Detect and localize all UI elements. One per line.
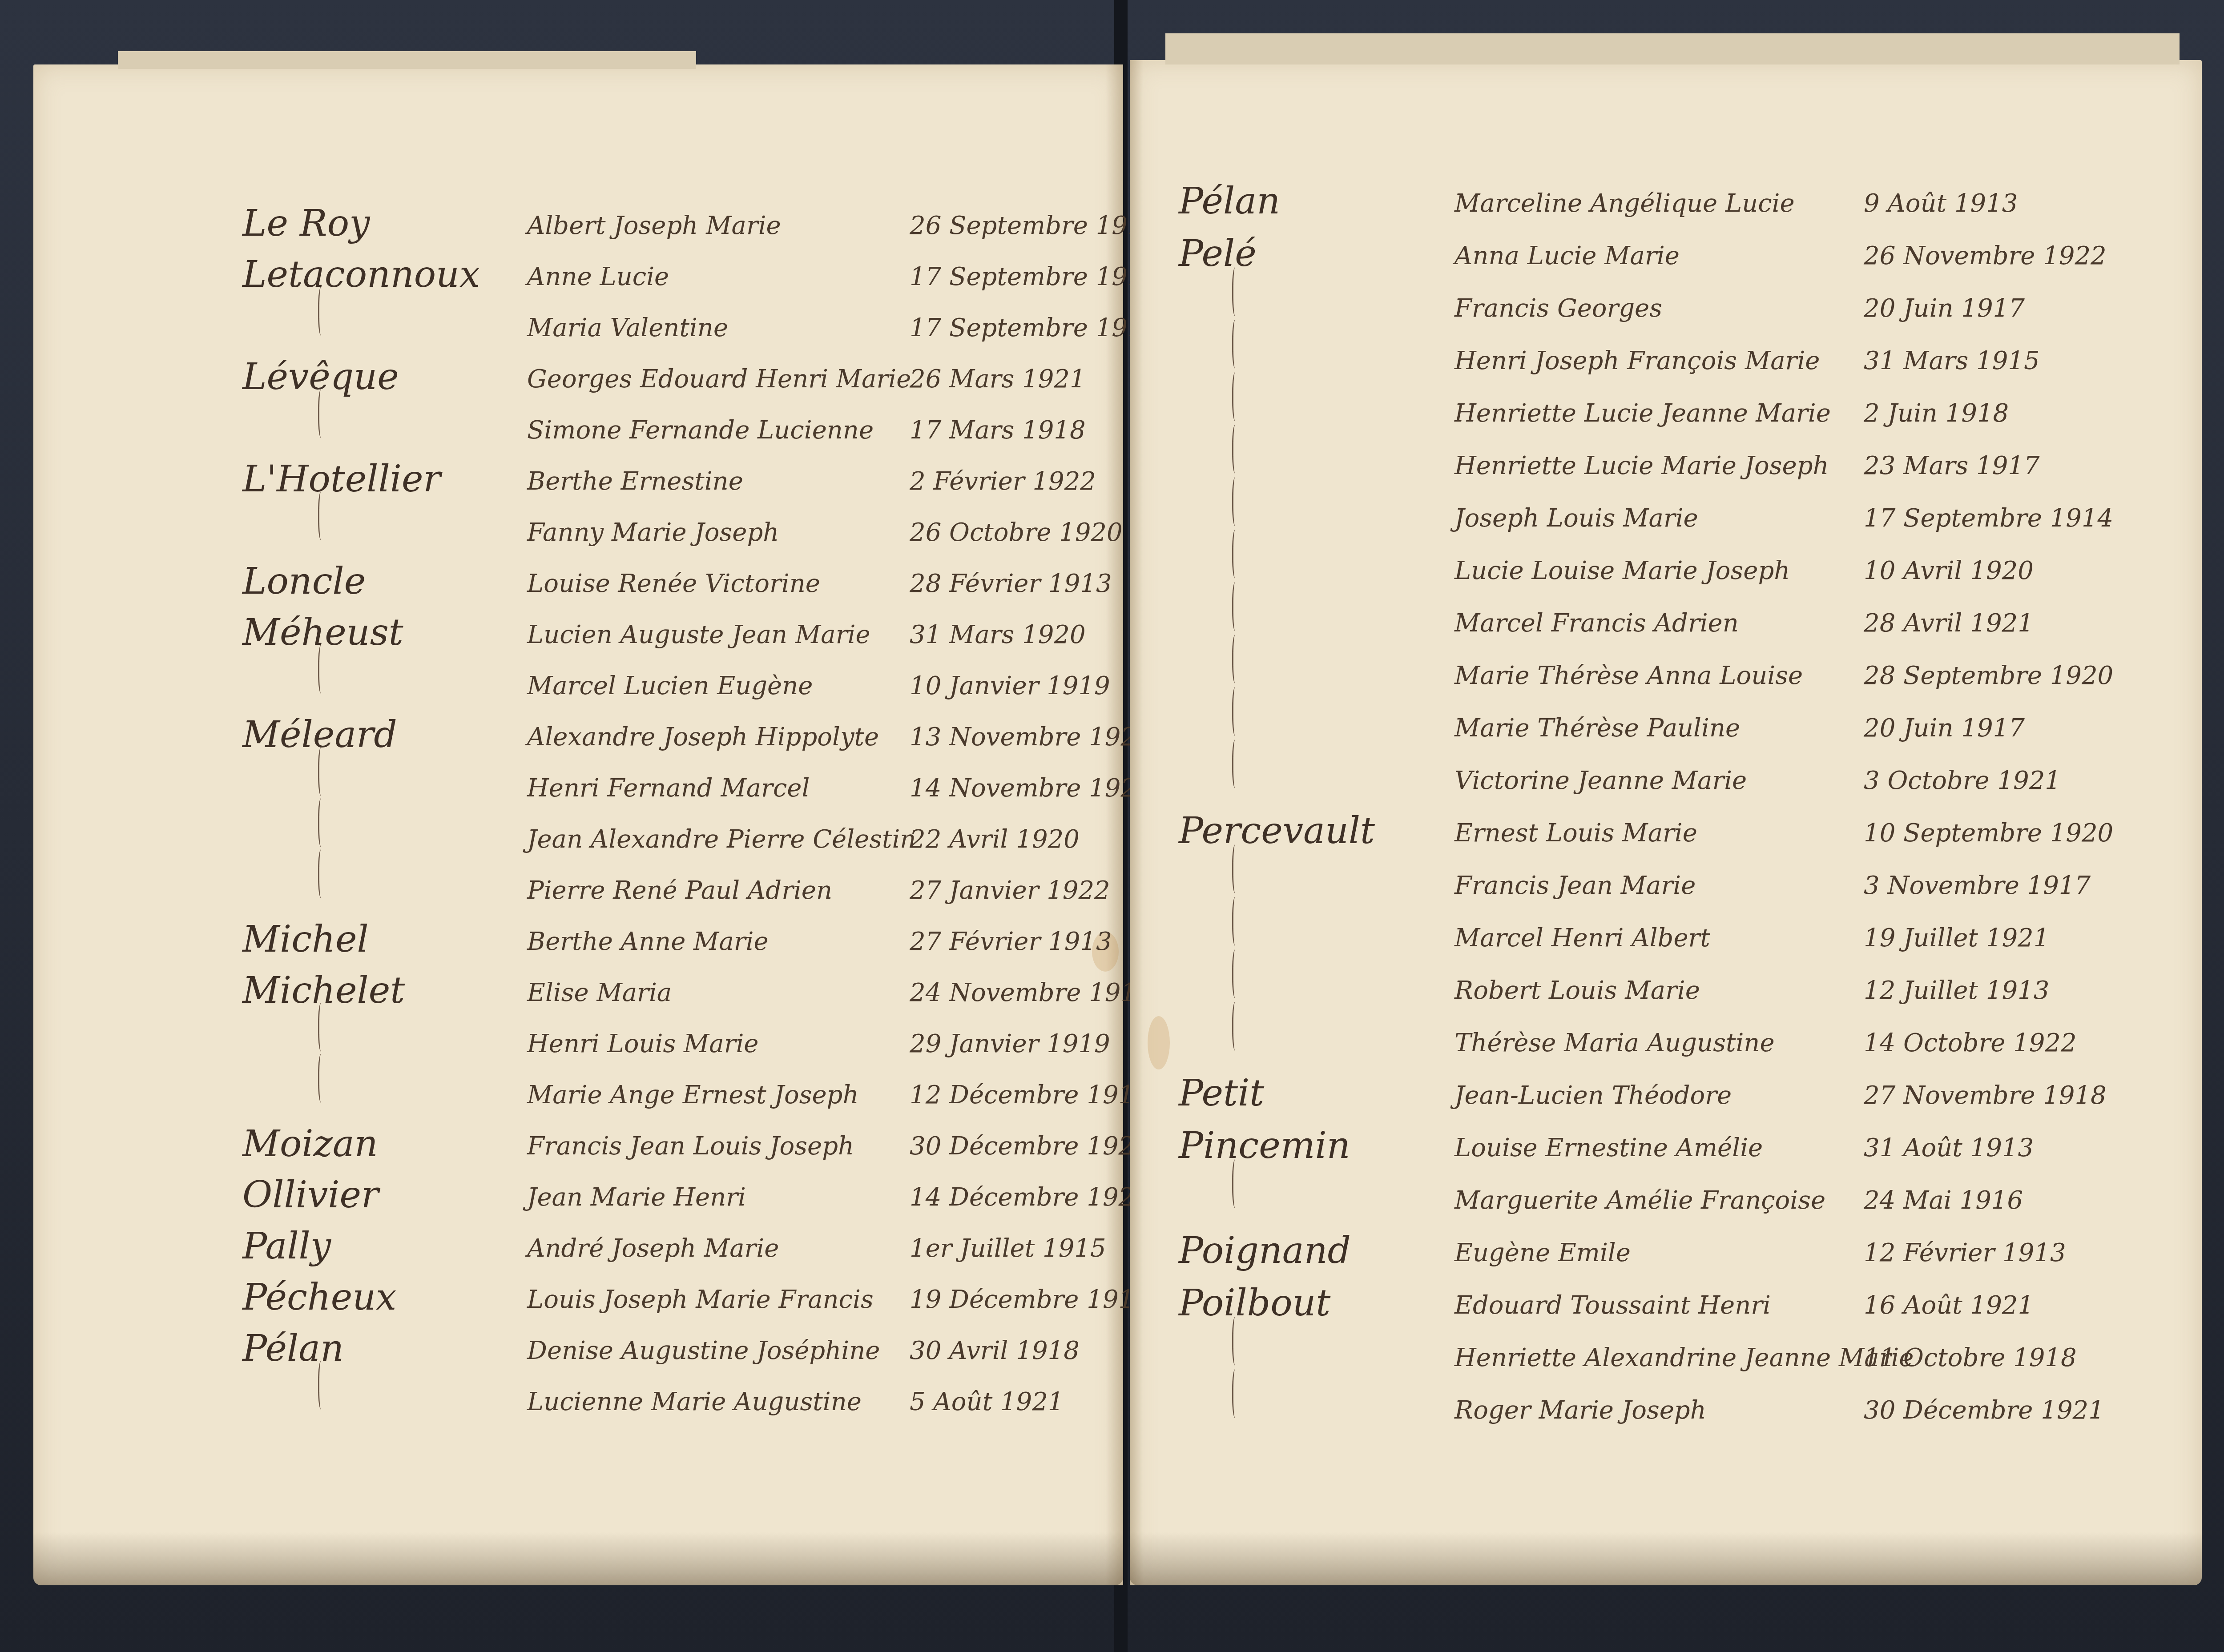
given-names: Fanny Marie Joseph (527, 518, 779, 547)
register-entry: Henri Joseph François Marie 31 Mars 1915 (1179, 346, 2202, 382)
torn-page-edge (118, 51, 696, 69)
ditto-brace-mark (1232, 949, 1240, 998)
register-entry: Michel Berthe Anne Marie 27 Février 1913 (242, 927, 1132, 963)
register-entry: Petit Jean-Lucien Théodore 27 Novembre 1… (1179, 1081, 2202, 1117)
given-names: Robert Louis Marie (1454, 976, 1700, 1005)
given-names: Marceline Angélique Lucie (1454, 189, 1795, 218)
given-names: Thérèse Maria Augustine (1454, 1029, 1775, 1057)
ditto-brace-mark (318, 798, 326, 847)
given-names: Henri Fernand Marcel (527, 774, 810, 803)
given-names: Louis Joseph Marie Francis (527, 1285, 874, 1314)
register-entry: Henriette Alexandrine Jeanne Marie 11 Oc… (1179, 1343, 2202, 1379)
birth-date: 19 Juillet 1921 (1864, 924, 2049, 953)
ditto-brace-mark (1232, 635, 1240, 683)
given-names: Francis Georges (1454, 294, 1662, 323)
birth-date: 10 Avril 1920 (1864, 556, 2034, 585)
register-entry: Lucie Louise Marie Joseph 10 Avril 1920 (1179, 556, 2202, 592)
register-entry: Henriette Lucie Marie Joseph 23 Mars 191… (1179, 451, 2202, 487)
given-names: Denise Augustine Joséphine (527, 1336, 880, 1365)
register-entry: Marguerite Amélie Françoise 24 Mai 1916 (1179, 1186, 2202, 1222)
ditto-brace-mark (1232, 1002, 1240, 1051)
birth-date: 12 Juillet 1913 (1864, 976, 2049, 1005)
ditto-brace-mark (318, 747, 326, 796)
register-entry: Fanny Marie Joseph 26 Octobre 1920 (242, 518, 1132, 554)
birth-date: 11 Octobre 1918 (1864, 1343, 2077, 1372)
birth-date: 2 Juin 1918 (1864, 399, 2009, 428)
ditto-brace-mark (1232, 897, 1240, 946)
given-names: Elise Maria (527, 978, 672, 1007)
register-entry: Joseph Louis Marie 17 Septembre 1914 (1179, 504, 2202, 539)
given-names: Lucie Louise Marie Joseph (1454, 556, 1790, 585)
register-entry: Maria Valentine 17 Septembre 1914 (242, 314, 1132, 349)
birth-date: 12 Décembre 1917 (910, 1081, 1150, 1109)
right-page: Pélan Marceline Angélique Lucie 9 Août 1… (1130, 60, 2202, 1585)
birth-date: 17 Mars 1918 (910, 416, 1086, 445)
birth-date: 9 Août 1913 (1864, 189, 2018, 218)
register-entry: Pécheux Louis Joseph Marie Francis 19 Dé… (242, 1285, 1132, 1321)
register-entry: Marie Thérèse Anna Louise 28 Septembre 1… (1179, 661, 2202, 697)
given-names: Maria Valentine (527, 314, 728, 342)
ditto-brace-mark (1232, 740, 1240, 788)
ditto-brace-mark (1232, 320, 1240, 369)
birth-date: 17 Septembre 1914 (1864, 504, 2113, 533)
birth-date: 17 Septembre 1914 (910, 314, 1159, 342)
ditto-brace-mark (1232, 372, 1240, 421)
birth-date: 1er Juillet 1915 (910, 1234, 1106, 1263)
birth-date: 24 Mai 1916 (1864, 1186, 2023, 1215)
given-names: Anne Lucie (527, 262, 669, 291)
birth-date: 27 Janvier 1922 (910, 876, 1110, 905)
surname: Pécheux (242, 1276, 396, 1318)
birth-date: 30 Décembre 1920 (910, 1132, 1150, 1161)
birth-date: 17 Septembre 1914 (910, 262, 1159, 291)
register-entry: Pelé Anna Lucie Marie 26 Novembre 1922 (1179, 241, 2202, 277)
ditto-brace-mark (318, 389, 326, 438)
given-names: Henriette Lucie Jeanne Marie (1454, 399, 1831, 428)
birth-date: 27 Novembre 1918 (1864, 1081, 2107, 1110)
register-entry: Letaconnoux Anne Lucie 17 Septembre 1914 (242, 262, 1132, 298)
given-names: Henriette Lucie Marie Joseph (1454, 451, 1829, 480)
given-names: Edouard Toussaint Henri (1454, 1291, 1771, 1320)
birth-date: 23 Mars 1917 (1864, 451, 2040, 480)
given-names: Georges Edouard Henri Marie (527, 365, 911, 394)
surname: Poilbout (1179, 1282, 1330, 1324)
ditto-brace-mark (1232, 267, 1240, 316)
birth-date: 28 Avril 1921 (1864, 609, 2034, 638)
register-entry: Francis Georges 20 Juin 1917 (1179, 294, 2202, 330)
given-names: Marcel Lucien Eugène (527, 671, 813, 700)
given-names: Henriette Alexandrine Jeanne Marie (1454, 1343, 1914, 1372)
birth-date: 31 Mars 1920 (910, 620, 1086, 649)
register-entry: Marcel Francis Adrien 28 Avril 1921 (1179, 609, 2202, 644)
register-entry: Poilbout Edouard Toussaint Henri 16 Août… (1179, 1291, 2202, 1326)
register-entry: Lucienne Marie Augustine 5 Août 1921 (242, 1387, 1132, 1423)
ditto-brace-mark (318, 287, 326, 336)
given-names: Eugène Emile (1454, 1238, 1631, 1267)
register-entry: Percevault Ernest Louis Marie 10 Septemb… (1179, 819, 2202, 854)
register-entry: Michelet Elise Maria 24 Novembre 1914 (242, 978, 1132, 1014)
given-names: Jean Alexandre Pierre Célestin (527, 825, 916, 854)
given-names: Alexandre Joseph Hippolyte (527, 723, 879, 752)
birth-date: 13 Novembre 1921 (910, 723, 1152, 752)
given-names: Anna Lucie Marie (1454, 241, 1680, 270)
register-entry: Roger Marie Joseph 30 Décembre 1921 (1179, 1396, 2202, 1431)
birth-date: 3 Novembre 1917 (1864, 871, 2091, 900)
ditto-brace-mark (1232, 1369, 1240, 1418)
birth-date: 5 Août 1921 (910, 1387, 1064, 1416)
ditto-brace-mark (1232, 687, 1240, 736)
birth-date: 14 Novembre 1920 (910, 774, 1152, 803)
given-names: Victorine Jeanne Marie (1454, 766, 1747, 795)
birth-date: 31 Mars 1915 (1864, 346, 2040, 375)
ditto-brace-mark (1232, 1317, 1240, 1366)
given-names: Berthe Anne Marie (527, 927, 769, 956)
ditto-brace-mark (1232, 582, 1240, 631)
register-entry: Thérèse Maria Augustine 14 Octobre 1922 (1179, 1029, 2202, 1064)
given-names: Henri Louis Marie (527, 1029, 759, 1058)
ditto-brace-mark (1232, 844, 1240, 893)
birth-date: 22 Avril 1920 (910, 825, 1080, 854)
given-names: Albert Joseph Marie (527, 211, 781, 240)
birth-date: 10 Janvier 1919 (910, 671, 1110, 700)
register-entry: Victorine Jeanne Marie 3 Octobre 1921 (1179, 766, 2202, 802)
birth-date: 10 Septembre 1920 (1864, 819, 2113, 848)
torn-page-edge (1165, 33, 2180, 64)
register-entry: Ollivier Jean Marie Henri 14 Décembre 19… (242, 1183, 1132, 1218)
ditto-brace-mark (318, 1361, 326, 1410)
birth-date: 31 Août 1913 (1864, 1133, 2034, 1162)
birth-date: 29 Janvier 1919 (910, 1029, 1110, 1058)
given-names: Louise Renée Victorine (527, 569, 820, 598)
register-entry: Henri Louis Marie 29 Janvier 1919 (242, 1029, 1132, 1065)
given-names: Lucienne Marie Augustine (527, 1387, 862, 1416)
register-entry: Moizan Francis Jean Louis Joseph 30 Déce… (242, 1132, 1132, 1167)
given-names: Marguerite Amélie Françoise (1454, 1186, 1825, 1215)
register-entry: Pincemin Louise Ernestine Amélie 31 Août… (1179, 1133, 2202, 1169)
ditto-brace-mark (318, 849, 326, 898)
birth-date: 24 Novembre 1914 (910, 978, 1152, 1007)
register-entry: Pélan Marceline Angélique Lucie 9 Août 1… (1179, 189, 2202, 225)
birth-date: 26 Novembre 1922 (1864, 241, 2107, 270)
birth-date: 30 Avril 1918 (910, 1336, 1080, 1365)
given-names: Henri Joseph François Marie (1454, 346, 1820, 375)
given-names: André Joseph Marie (527, 1234, 779, 1263)
register-entry: Henriette Lucie Jeanne Marie 2 Juin 1918 (1179, 399, 2202, 434)
register-entry: Jean Alexandre Pierre Célestin 22 Avril … (242, 825, 1132, 860)
surname: Ollivier (242, 1174, 379, 1216)
given-names: Marcel Henri Albert (1454, 924, 1710, 953)
birth-date: 20 Juin 1917 (1864, 714, 2025, 743)
birth-date: 28 Septembre 1920 (1864, 661, 2113, 690)
surname: Poignand (1179, 1230, 1351, 1272)
ditto-brace-mark (1232, 477, 1240, 526)
register-entry: L'Hotellier Berthe Ernestine 2 Février 1… (242, 467, 1132, 502)
given-names: Marie Ange Ernest Joseph (527, 1081, 859, 1109)
given-names: Francis Jean Louis Joseph (527, 1132, 854, 1161)
register-entry: Pally André Joseph Marie 1er Juillet 191… (242, 1234, 1132, 1270)
birth-date: 16 Août 1921 (1864, 1291, 2034, 1320)
right-register: Pélan Marceline Angélique Lucie 9 Août 1… (1179, 189, 2202, 1479)
ditto-brace-mark (1232, 1159, 1240, 1208)
surname: Percevault (1179, 810, 1375, 852)
given-names: Francis Jean Marie (1454, 871, 1696, 900)
given-names: Jean-Lucien Théodore (1454, 1081, 1732, 1110)
given-names: Joseph Louis Marie (1454, 504, 1698, 533)
birth-date: 3 Octobre 1921 (1864, 766, 2061, 795)
ditto-brace-mark (318, 1054, 326, 1103)
register-entry: Pierre René Paul Adrien 27 Janvier 1922 (242, 876, 1132, 912)
register-entry: Méheust Lucien Auguste Jean Marie 31 Mar… (242, 620, 1132, 656)
given-names: Jean Marie Henri (527, 1183, 746, 1212)
surname: Moizan (242, 1123, 378, 1165)
register-entry: Méleard Alexandre Joseph Hippolyte 13 No… (242, 723, 1132, 758)
given-names: Roger Marie Joseph (1454, 1396, 1706, 1425)
ditto-brace-mark (1232, 530, 1240, 579)
register-entry: Henri Fernand Marcel 14 Novembre 1920 (242, 774, 1132, 809)
surname: Pélan (1179, 180, 1280, 222)
given-names: Marcel Francis Adrien (1454, 609, 1739, 638)
given-names: Berthe Ernestine (527, 467, 743, 496)
register-entry: Robert Louis Marie 12 Juillet 1913 (1179, 976, 2202, 1012)
birth-date: 2 Février 1922 (910, 467, 1096, 496)
register-entry: Marie Thérèse Pauline 20 Juin 1917 (1179, 714, 2202, 749)
register-entry: Lévêque Georges Edouard Henri Marie 26 M… (242, 365, 1132, 400)
ditto-brace-mark (318, 645, 326, 694)
birth-date: 14 Décembre 1921 (910, 1183, 1150, 1212)
surname: Michel (242, 918, 369, 961)
birth-date: 30 Décembre 1921 (1864, 1396, 2104, 1425)
surname: Pincemin (1179, 1125, 1350, 1167)
surname: Pelé (1179, 233, 1257, 275)
birth-date: 26 Septembre 1914 (910, 211, 1159, 240)
register-entry: Poignand Eugène Emile 12 Février 1913 (1179, 1238, 2202, 1274)
register-entry: Francis Jean Marie 3 Novembre 1917 (1179, 871, 2202, 907)
birth-date: 26 Octobre 1920 (910, 518, 1123, 547)
given-names: Marie Thérèse Pauline (1454, 714, 1740, 743)
surname: L'Hotellier (242, 458, 441, 500)
given-names: Lucien Auguste Jean Marie (527, 620, 870, 649)
birth-date: 14 Octobre 1922 (1864, 1029, 2077, 1057)
ditto-brace-mark (1232, 425, 1240, 474)
given-names: Louise Ernestine Amélie (1454, 1133, 1763, 1162)
left-register: Le Roy Albert Joseph Marie 26 Septembre … (242, 211, 1132, 1456)
birth-date: 28 Février 1913 (910, 569, 1112, 598)
register-entry: Pélan Denise Augustine Joséphine 30 Avri… (242, 1336, 1132, 1372)
birth-date: 19 Décembre 1919 (910, 1285, 1150, 1314)
paper-stain (1148, 1016, 1170, 1069)
surname: Pélan (242, 1327, 344, 1370)
birth-date: 26 Mars 1921 (910, 365, 1086, 394)
ditto-brace-mark (318, 1003, 326, 1052)
given-names: Pierre René Paul Adrien (527, 876, 832, 905)
surname: Pally (242, 1225, 331, 1267)
birth-date: 12 Février 1913 (1864, 1238, 2066, 1267)
ditto-brace-mark (318, 491, 326, 540)
given-names: Ernest Louis Marie (1454, 819, 1697, 848)
surname: Petit (1179, 1072, 1264, 1114)
register-entry: Loncle Louise Renée Victorine 28 Février… (242, 569, 1132, 605)
birth-date: 20 Juin 1917 (1864, 294, 2025, 323)
register-entry: Marie Ange Ernest Joseph 12 Décembre 191… (242, 1081, 1132, 1116)
given-names: Marie Thérèse Anna Louise (1454, 661, 1803, 690)
register-entry: Marcel Henri Albert 19 Juillet 1921 (1179, 924, 2202, 959)
birth-date: 27 Février 1913 (910, 927, 1112, 956)
surname: Letaconnoux (242, 253, 480, 296)
surname: Loncle (242, 560, 366, 603)
register-entry: Le Roy Albert Joseph Marie 26 Septembre … (242, 211, 1132, 247)
register-entry: Marcel Lucien Eugène 10 Janvier 1919 (242, 671, 1132, 707)
given-names: Simone Fernande Lucienne (527, 416, 874, 445)
register-entry: Simone Fernande Lucienne 17 Mars 1918 (242, 416, 1132, 451)
surname: Le Roy (242, 202, 370, 245)
left-page: Le Roy Albert Joseph Marie 26 Septembre … (33, 64, 1123, 1585)
